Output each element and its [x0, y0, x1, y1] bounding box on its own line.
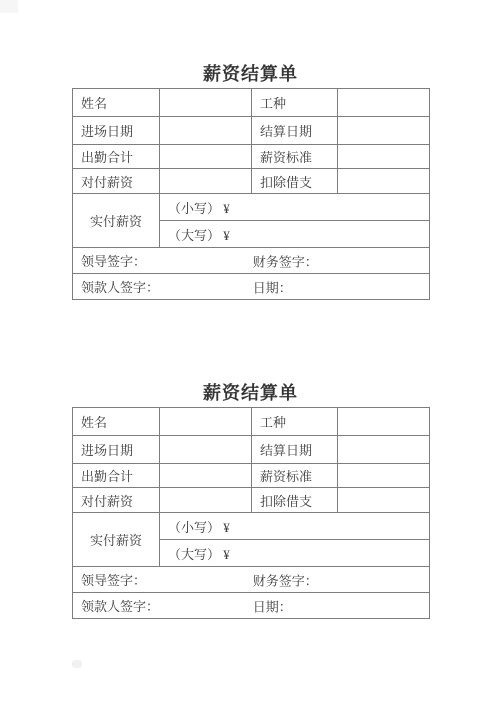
date-label: 日期：	[253, 277, 292, 296]
deduct-advance-label: 扣除借支	[252, 169, 338, 194]
table-row: 实付薪资 （小写） ¥	[73, 194, 430, 221]
salary-standard-value-cell	[338, 145, 430, 169]
amount-numeric-label: （小写） ¥	[160, 513, 430, 540]
leader-signature-label: 领导签字：	[81, 254, 146, 269]
name-value-cell	[160, 89, 252, 117]
name-label: 姓名	[73, 89, 160, 117]
table-row: 姓名 工种	[73, 408, 430, 436]
table-row: 出勤合计 薪资标准	[73, 464, 430, 488]
table-row: 领款人签字： 日期：	[73, 593, 430, 619]
finance-signature-label: 财务签字：	[253, 570, 318, 589]
entry-date-label: 进场日期	[73, 117, 160, 145]
job-type-value-cell	[338, 408, 430, 436]
table-row: 领导签字： 财务签字：	[73, 567, 430, 593]
salary-standard-label: 薪资标准	[252, 145, 338, 169]
entry-date-value-cell	[160, 436, 252, 464]
job-type-value-cell	[338, 89, 430, 117]
job-type-label: 工种	[252, 89, 338, 117]
table-row: 领款人签字： 日期：	[73, 274, 430, 300]
table-row: 对付薪资 扣除借支	[73, 488, 430, 513]
table-row: 姓名 工种	[73, 89, 430, 117]
settlement-date-value-cell	[338, 436, 430, 464]
job-type-label: 工种	[252, 408, 338, 436]
scan-smudge-top-left	[0, 0, 18, 13]
entry-date-value-cell	[160, 117, 252, 145]
signature-row-2: 领款人签字： 日期：	[73, 593, 430, 619]
payable-salary-value-cell	[160, 169, 252, 194]
form-title: 薪资结算单	[72, 63, 429, 85]
finance-signature-label: 财务签字：	[253, 251, 318, 270]
deduct-advance-value-cell	[338, 169, 430, 194]
payable-salary-label: 对付薪资	[73, 488, 160, 513]
payable-salary-value-cell	[160, 488, 252, 513]
table-row: 实付薪资 （小写） ¥	[73, 513, 430, 540]
salary-standard-value-cell	[338, 464, 430, 488]
amount-words-label: （大写） ¥	[160, 540, 430, 567]
settlement-date-label: 结算日期	[252, 117, 338, 145]
table-row: 对付薪资 扣除借支	[73, 169, 430, 194]
leader-signature-label: 领导签字：	[81, 573, 146, 588]
payee-signature-label: 领款人签字：	[81, 280, 159, 295]
name-label: 姓名	[73, 408, 160, 436]
actual-pay-label: 实付薪资	[73, 194, 160, 248]
name-value-cell	[160, 408, 252, 436]
attendance-total-label: 出勤合计	[73, 145, 160, 169]
salary-standard-label: 薪资标准	[252, 464, 338, 488]
signature-row-1: 领导签字： 财务签字：	[73, 248, 430, 274]
payee-signature-label: 领款人签字：	[81, 599, 159, 614]
attendance-total-label: 出勤合计	[73, 464, 160, 488]
form-title: 薪资结算单	[72, 382, 429, 404]
settlement-date-label: 结算日期	[252, 436, 338, 464]
scan-speckle-bottom-left	[72, 660, 82, 668]
payable-salary-label: 对付薪资	[73, 169, 160, 194]
actual-pay-label: 实付薪资	[73, 513, 160, 567]
attendance-total-value-cell	[160, 464, 252, 488]
table-row: 进场日期 结算日期	[73, 117, 430, 145]
salary-settlement-table: 姓名 工种 进场日期 结算日期 出勤合计 薪资标准 对付薪资 扣除借支	[72, 88, 430, 300]
table-row: 进场日期 结算日期	[73, 436, 430, 464]
date-label: 日期：	[253, 596, 292, 615]
table-row: 领导签字： 财务签字：	[73, 248, 430, 274]
deduct-advance-label: 扣除借支	[252, 488, 338, 513]
deduct-advance-value-cell	[338, 488, 430, 513]
salary-form-copy-1: 薪资结算单 姓名 工种 进场日期 结算日期 出勤合计 薪资标准	[72, 63, 429, 300]
salary-form-copy-2: 薪资结算单 姓名 工种 进场日期 结算日期 出勤合计 薪资标准	[72, 382, 429, 619]
attendance-total-value-cell	[160, 145, 252, 169]
salary-settlement-table: 姓名 工种 进场日期 结算日期 出勤合计 薪资标准 对付薪资 扣除借支	[72, 407, 430, 619]
entry-date-label: 进场日期	[73, 436, 160, 464]
table-row: 出勤合计 薪资标准	[73, 145, 430, 169]
signature-row-2: 领款人签字： 日期：	[73, 274, 430, 300]
amount-numeric-label: （小写） ¥	[160, 194, 430, 221]
signature-row-1: 领导签字： 财务签字：	[73, 567, 430, 593]
settlement-date-value-cell	[338, 117, 430, 145]
amount-words-label: （大写） ¥	[160, 221, 430, 248]
